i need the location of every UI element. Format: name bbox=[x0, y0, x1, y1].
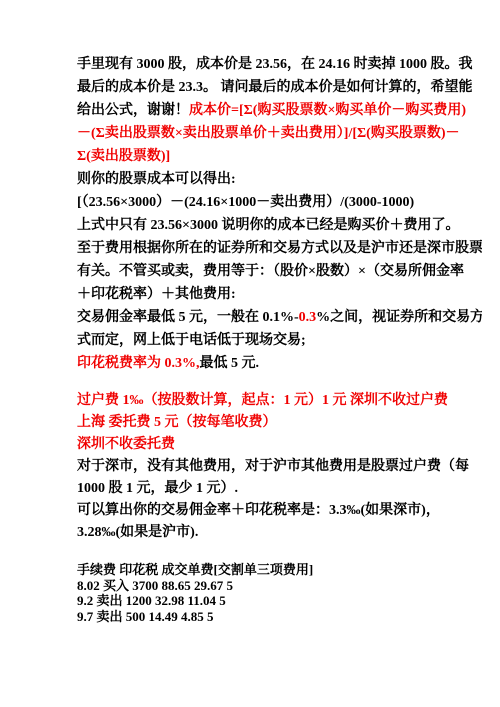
trade-record-line: 9.7 卖出 500 14.49 4.85 5 bbox=[77, 609, 482, 625]
text-segment: 至于费用根据你所在的证券所和交易方式以及是沪市还是深市股票 bbox=[77, 241, 482, 256]
question-text-line: 手里现有 3000 股，成本价是 23.56，在 24.16 时卖掉 1000 … bbox=[77, 53, 482, 76]
other-fee-line: 对于深市，没有其他费用，对于沪市其他费用是股票过户费（每 bbox=[77, 456, 482, 478]
shenzhen-no-fee-line: 深圳不收委托费 bbox=[77, 434, 482, 456]
text-segment: 手续费 印花税 成交单费[交割单三项费用] bbox=[77, 562, 313, 577]
text-segment: [（23.56×3000）－(24.16×1000－卖出费用）/(3000-10… bbox=[77, 195, 414, 210]
answer-document-page: 手里现有 3000 股，成本价是 23.56，在 24.16 时卖掉 1000 … bbox=[0, 0, 500, 707]
question-text-line: 最后的成本价是 23.3。 请问最后的成本价是如何计算的，希望能 bbox=[77, 76, 482, 99]
text-segment: 有关。不管买或卖，费用等于：（股价×股数）×（交易所佣金率 bbox=[77, 264, 464, 279]
shenzhen-fee-note: 深圳不收委托费 bbox=[77, 437, 175, 452]
commission-rate-line: 式而定，网上低于电话低于现场交易; bbox=[77, 329, 482, 352]
text-segment: 最后的成本价是 23.3。 请问最后的成本价是如何计算的，希望能 bbox=[77, 80, 473, 95]
fee-explanation-line: 上式中只有 23.56×3000 说明你的成本已经是购买价＋费用了。 bbox=[77, 214, 482, 237]
document-content: 手里现有 3000 股，成本价是 23.56，在 24.16 时卖掉 1000 … bbox=[0, 0, 500, 624]
text-segment: 手里现有 3000 股，成本价是 23.56，在 24.16 时卖掉 1000 … bbox=[77, 57, 473, 72]
text-segment: 交易佣金率最低 5 元，一般在 0.1%- bbox=[77, 310, 299, 325]
stamp-tax-line: 印花税费率为 0.3%,最低 5 元. bbox=[77, 352, 482, 375]
text-segment: 1000 股 1 元，最少 1 元）. bbox=[77, 481, 238, 496]
text-segment: 8.02 买入 3700 88.65 29.67 5 bbox=[77, 578, 233, 593]
fee-explanation-line: 至于费用根据你所在的证券所和交易方式以及是沪市还是深市股票 bbox=[77, 237, 482, 260]
text-segment: 最低 5 元. bbox=[200, 356, 260, 371]
cost-price-formula-line: －(Σ卖出股票数×卖出股票单价＋卖出费用）]/[Σ(购买股票数)－ bbox=[77, 122, 482, 145]
rate-summary-line: 可以算出你的交易佣金率＋印花税率是：3.3‰(如果深市)， bbox=[77, 500, 482, 522]
shanghai-commission-fee-line: 上海 委托费 5 元（按每笔收费） bbox=[77, 412, 482, 434]
text-segment: 式而定，网上低于电话低于现场交易; bbox=[77, 333, 306, 348]
stamp-tax-note: 印花税费率为 0.3%, bbox=[77, 356, 200, 371]
text-segment: 9.7 卖出 500 14.49 4.85 5 bbox=[77, 609, 214, 624]
transfer-fee-note: 过户费 1‰（按股数计算，起点：1 元）1 元 深圳不收过户费 bbox=[77, 393, 448, 408]
cost-price-formula-segment: －(Σ卖出股票数×卖出股票单价＋卖出费用）]/[Σ(购买股票数)－ bbox=[77, 126, 459, 141]
text-segment: 9.2 卖出 1200 32.98 11.04 5 bbox=[77, 593, 226, 608]
text-segment: ＋印花税率）＋其他费用: bbox=[77, 287, 236, 302]
cost-price-formula-segment: 成本价=[Σ(购买股票数×购买单价－购买费用) bbox=[189, 103, 466, 118]
explanation-line: 则你的股票成本可以得出: bbox=[77, 168, 482, 191]
trade-record-line: 9.2 卖出 1200 32.98 11.04 5 bbox=[77, 593, 482, 609]
shanghai-fee-note: 上海 委托费 5 元（按每笔收费） bbox=[77, 415, 277, 430]
text-segment: %之间，视证券所和交易方 bbox=[316, 310, 482, 325]
trade-record-header: 手续费 印花税 成交单费[交割单三项费用] bbox=[77, 562, 482, 578]
commission-rate-highlight: 0.3 bbox=[299, 310, 317, 325]
text-segment: 可以算出你的交易佣金率＋印花税率是：3.3‰(如果深市)， bbox=[77, 503, 440, 518]
commission-rate-line: 交易佣金率最低 5 元，一般在 0.1%-0.3%之间，视证券所和交易方 bbox=[77, 306, 482, 329]
question-text-line: 给出公式，谢谢！成本价=[Σ(购买股票数×购买单价－购买费用) bbox=[77, 99, 482, 122]
text-segment: 给出公式，谢谢！ bbox=[77, 103, 189, 118]
rate-summary-line: 3.28‰(如果是沪市). bbox=[77, 522, 482, 544]
other-fee-line: 1000 股 1 元，最少 1 元）. bbox=[77, 478, 482, 500]
cost-price-formula-segment: Σ(卖出股票数)] bbox=[77, 149, 170, 164]
trade-record-line: 8.02 买入 3700 88.65 29.67 5 bbox=[77, 578, 482, 594]
text-segment: 上式中只有 23.56×3000 说明你的成本已经是购买价＋费用了。 bbox=[77, 218, 459, 233]
cost-calculation-line: [（23.56×3000）－(24.16×1000－卖出费用）/(3000-10… bbox=[77, 191, 482, 214]
fee-explanation-line: ＋印花税率）＋其他费用: bbox=[77, 283, 482, 306]
text-segment: 对于深市，没有其他费用，对于沪市其他费用是股票过户费（每 bbox=[77, 459, 469, 474]
text-segment: 3.28‰(如果是沪市). bbox=[77, 525, 198, 540]
fee-explanation-line: 有关。不管买或卖，费用等于：（股价×股数）×（交易所佣金率 bbox=[77, 260, 482, 283]
cost-price-formula-line: Σ(卖出股票数)] bbox=[77, 145, 482, 168]
transfer-fee-line: 过户费 1‰（按股数计算，起点：1 元）1 元 深圳不收过户费 bbox=[77, 390, 482, 412]
text-segment: 则你的股票成本可以得出: bbox=[77, 172, 236, 187]
